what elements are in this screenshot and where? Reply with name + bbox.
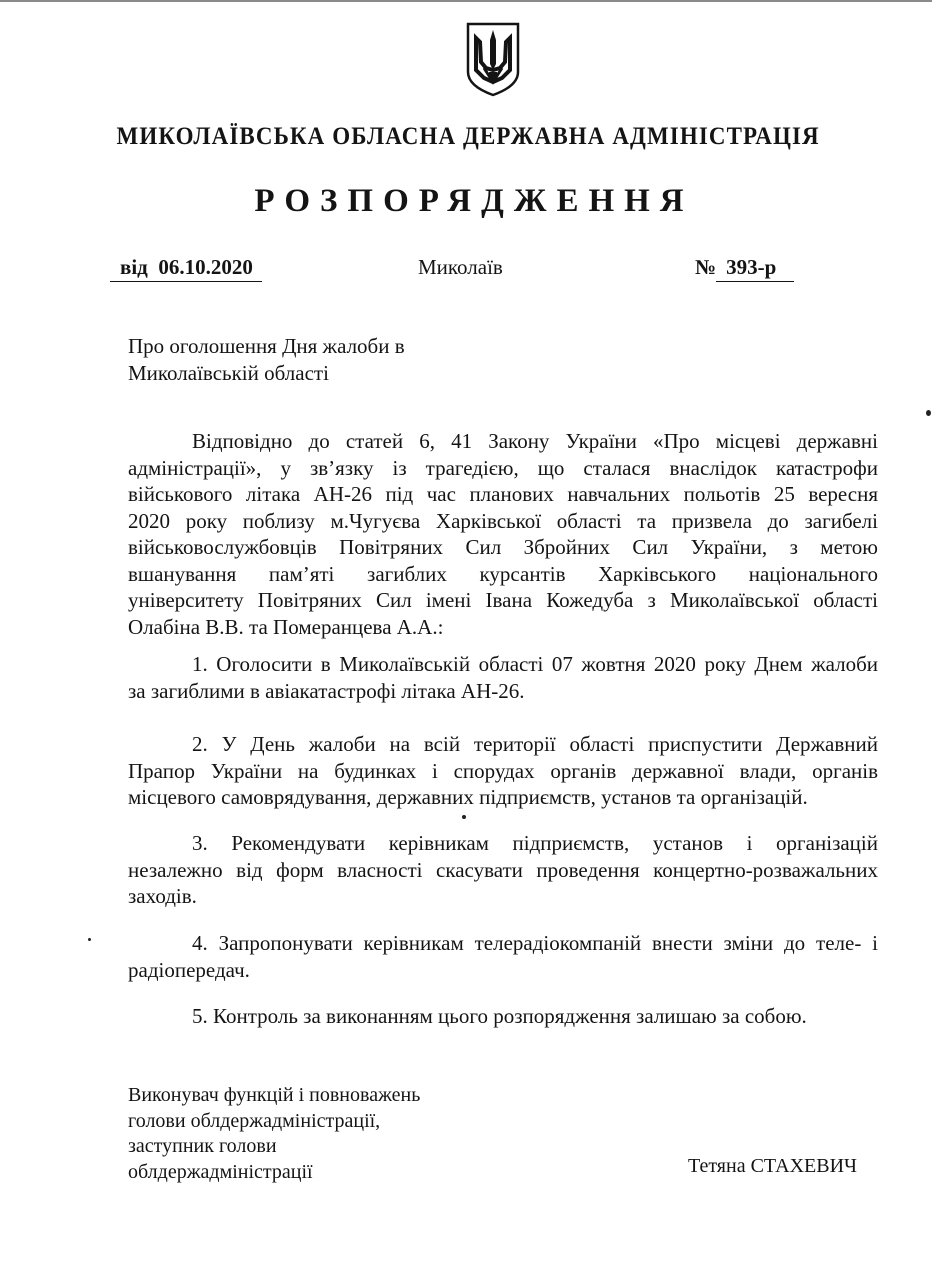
date-label: від bbox=[120, 255, 148, 279]
text-line: місцевого самоврядування, державних підп… bbox=[128, 784, 878, 811]
text-line: Прапор України на будинках і спорудах ор… bbox=[128, 758, 878, 785]
text-line: 5. Контроль за виконанням цього розпоряд… bbox=[128, 1003, 878, 1030]
scan-speck bbox=[926, 410, 931, 416]
text-line: університету Повітряних Сил імені Івана … bbox=[128, 587, 878, 614]
signer-title-line: Виконувач функцій і повноважень bbox=[128, 1083, 420, 1109]
order-item-4: 4. Запропонувати керівникам телерадіоком… bbox=[128, 930, 878, 983]
text-line: Відповідно до статей 6, 41 Закону Україн… bbox=[128, 428, 878, 455]
order-item-2: 2. У День жалоби на всій території облас… bbox=[128, 731, 878, 811]
text-line: 2020 року поблизу м.Чугуєва Харківської … bbox=[128, 508, 878, 535]
order-item-1: 1. Оголосити в Миколаївській області 07 … bbox=[128, 651, 878, 704]
signer-title-line: облдержадміністрації bbox=[128, 1160, 420, 1186]
subject-line: Миколаївській області bbox=[128, 360, 405, 387]
scan-speck bbox=[462, 815, 466, 819]
text-line: за загиблими в авіакатастрофі літака АН-… bbox=[128, 678, 878, 705]
text-line: Олабіна В.В. та Померанцева А.А.: bbox=[128, 614, 878, 641]
text-line: незалежно від форм власності скасувати п… bbox=[128, 857, 878, 884]
subject-line: Про оголошення Дня жалоби в bbox=[128, 333, 405, 360]
signer-title-line: голови облдержадміністрації, bbox=[128, 1109, 420, 1135]
signer-title: Виконувач функцій і повноважень голови о… bbox=[128, 1083, 420, 1185]
document-number: №393-р bbox=[695, 255, 794, 282]
order-item-3: 3. Рекомендувати керівникам підприємств,… bbox=[128, 830, 878, 910]
text-line: військовослужбовців Повітряних Сил Зброй… bbox=[128, 534, 878, 561]
organization-title: МИКОЛАЇВСЬКА ОБЛАСНА ДЕРЖАВНА АДМІНІСТРА… bbox=[39, 123, 896, 151]
text-line: адміністрації», у зв’язку із трагедією, … bbox=[128, 455, 878, 482]
document-type-heading: РОЗПОРЯДЖЕННЯ bbox=[0, 183, 932, 220]
text-line: військового літака АН-26 під час планови… bbox=[128, 481, 878, 508]
text-line: вшанування пам’яті загиблих курсантів Ха… bbox=[128, 561, 878, 588]
scan-top-edge bbox=[0, 0, 932, 2]
text-line: 1. Оголосити в Миколаївській області 07 … bbox=[128, 651, 878, 678]
text-line: заходів. bbox=[128, 883, 878, 910]
number-value: 393-р bbox=[716, 255, 794, 282]
signer-title-line: заступник голови bbox=[128, 1134, 420, 1160]
text-line: радіопередач. bbox=[128, 957, 878, 984]
document-date: від 06.10.2020 bbox=[110, 255, 262, 282]
preamble-paragraph: Відповідно до статей 6, 41 Закону Україн… bbox=[128, 428, 878, 640]
number-label: № bbox=[695, 255, 716, 279]
coat-of-arms-icon bbox=[464, 20, 522, 98]
signer-name: Тетяна СТАХЕВИЧ bbox=[688, 1155, 857, 1178]
text-line: 3. Рекомендувати керівникам підприємств,… bbox=[128, 830, 878, 857]
text-line: 4. Запропонувати керівникам телерадіоком… bbox=[128, 930, 878, 957]
order-item-5: 5. Контроль за виконанням цього розпоряд… bbox=[128, 1003, 878, 1030]
document-city: Миколаїв bbox=[418, 255, 503, 280]
text-line: 2. У День жалоби на всій території облас… bbox=[128, 731, 878, 758]
scan-speck bbox=[88, 938, 91, 941]
date-value: 06.10.2020 bbox=[158, 255, 253, 279]
document-subject: Про оголошення Дня жалоби в Миколаївські… bbox=[128, 333, 405, 387]
